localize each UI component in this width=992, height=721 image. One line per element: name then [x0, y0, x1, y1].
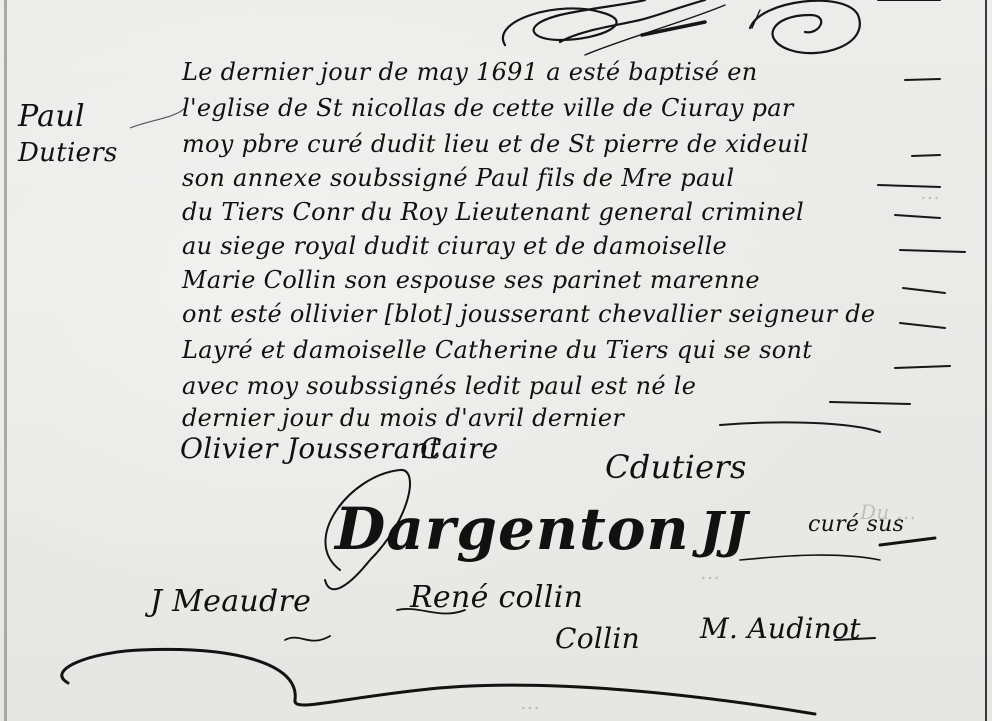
body-line-4: son annexe soubssigné Paul fils de Mre p… [182, 164, 734, 192]
signature-collin: Collin [555, 622, 640, 655]
body-line-2: l'eglise de St nicollas de cette ville d… [182, 94, 794, 122]
body-line-3: moy pbre curé dudit lieu et de St pierre… [182, 130, 809, 158]
margin-name-last: Dutiers [18, 134, 118, 172]
body-line-7: Marie Collin son espouse ses parinet mar… [182, 266, 760, 294]
body-line-1: Le dernier jour de may 1691 a esté bapti… [182, 58, 757, 86]
bleed-through-fragment: … [700, 560, 720, 584]
signature-rene-collin: René collin [410, 580, 583, 615]
margin-name-first: Paul [18, 98, 85, 136]
signature-audinot: M. Audinot [700, 612, 861, 645]
signature-caire: Caire [420, 432, 499, 465]
signature-dutiers: Cdutiers [605, 448, 747, 486]
body-line-5: du Tiers Conr du Roy Lieutenant general … [182, 198, 804, 226]
body-line-11: dernier jour du mois d'avril dernier [182, 404, 624, 432]
signature-curate-mark: JJ [700, 500, 748, 559]
body-line-6: au siege royal dudit ciuray et de damois… [182, 232, 727, 260]
signature-argenton: Dargenton [335, 495, 690, 563]
bleed-through-fragment: … [520, 690, 540, 714]
body-line-9: Layré et damoiselle Catherine du Tiers q… [182, 336, 812, 364]
bleed-through-fragment: Du … [860, 500, 916, 524]
signature-meaudre: J Meaudre [150, 584, 311, 619]
body-line-10: avec moy soubssignés ledit paul est né l… [182, 372, 696, 400]
signature-olivier-jousserant: Olivier Jousserant [180, 432, 441, 465]
body-line-8: ont esté ollivier [blot] jousserant chev… [182, 300, 875, 328]
register-page: 2… 5 Paul Dutiers Le dernier jour de may… [0, 0, 992, 721]
bleed-through-fragment: … [920, 180, 940, 204]
